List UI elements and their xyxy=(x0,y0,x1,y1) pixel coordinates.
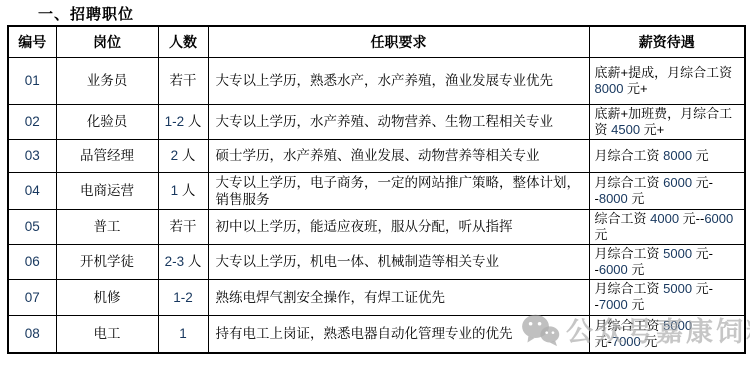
table-row: 07机修1-2熟练电焊气割安全操作，有焊工证优先月综合工资 5000 元--70… xyxy=(8,279,745,315)
table-body: 01业务员若干大专以上学历，熟悉水产，水产养殖，渔业发展专业优先底薪+提成，月综… xyxy=(8,57,745,353)
cell-cnt: 1-2 xyxy=(158,279,208,315)
cell-cnt: 2-3 人 xyxy=(158,244,208,279)
cell-req: 硕士学历，水产养殖、渔业发展、动物营养等相关专业 xyxy=(208,139,589,172)
cell-id: 04 xyxy=(8,172,56,209)
cell-sal: 底薪+加班费，月综合工资 4500 元+ xyxy=(589,104,745,139)
cell-cnt: 2 人 xyxy=(158,139,208,172)
cell-pos: 开机学徒 xyxy=(56,244,158,279)
cell-cnt: 若干 xyxy=(158,57,208,104)
cell-sal: 月综合工资 5000 元-7000 元 xyxy=(589,315,745,353)
cell-pos: 电商运营 xyxy=(56,172,158,209)
cell-cnt: 1-2 人 xyxy=(158,104,208,139)
header-row: 编号岗位人数任职要求薪资待遇 xyxy=(8,26,745,57)
table-row: 08电工1持有电工上岗证，熟悉电器自动化管理专业的优先月综合工资 5000 元-… xyxy=(8,315,745,353)
page-title: 一、招聘职位 xyxy=(38,3,134,24)
cell-req: 大专以上学历，熟悉水产，水产养殖，渔业发展专业优先 xyxy=(208,57,589,104)
column-header: 编号 xyxy=(8,26,56,57)
table-header: 编号岗位人数任职要求薪资待遇 xyxy=(8,26,745,57)
cell-sal: 月综合工资 5000 元--7000 元 xyxy=(589,279,745,315)
column-header: 岗位 xyxy=(56,26,158,57)
cell-pos: 品管经理 xyxy=(56,139,158,172)
cell-pos: 化验员 xyxy=(56,104,158,139)
cell-sal: 月综合工资 5000 元--6000 元 xyxy=(589,244,745,279)
cell-id: 02 xyxy=(8,104,56,139)
cell-req: 大专以上学历，水产养殖、动物营养、生物工程相关专业 xyxy=(208,104,589,139)
cell-id: 08 xyxy=(8,315,56,353)
table-row: 04电商运营1 人大专以上学历，电子商务，一定的网站推广策略，整体计划，销售服务… xyxy=(8,172,745,209)
cell-req: 持有电工上岗证，熟悉电器自动化管理专业的优先 xyxy=(208,315,589,353)
cell-pos: 机修 xyxy=(56,279,158,315)
cell-id: 01 xyxy=(8,57,56,104)
column-header: 任职要求 xyxy=(208,26,589,57)
cell-sal: 月综合工资 8000 元 xyxy=(589,139,745,172)
cell-req: 初中以上学历，能适应夜班，服从分配，听从指挥 xyxy=(208,209,589,244)
cell-id: 03 xyxy=(8,139,56,172)
cell-id: 07 xyxy=(8,279,56,315)
cell-req: 大专以上学历，电子商务，一定的网站推广策略，整体计划，销售服务 xyxy=(208,172,589,209)
cell-sal: 综合工资 4000 元--6000 元 xyxy=(589,209,745,244)
cell-cnt: 1 xyxy=(158,315,208,353)
cell-pos: 电工 xyxy=(56,315,158,353)
recruitment-page: 一、招聘职位 编号岗位人数任职要求薪资待遇 01业务员若干大专以上学历，熟悉水产… xyxy=(0,0,750,366)
column-header: 人数 xyxy=(158,26,208,57)
table-row: 06开机学徒2-3 人大专以上学历，机电一体、机械制造等相关专业月综合工资 50… xyxy=(8,244,745,279)
cell-pos: 普工 xyxy=(56,209,158,244)
column-header: 薪资待遇 xyxy=(589,26,745,57)
cell-sal: 月综合工资 6000 元--8000 元 xyxy=(589,172,745,209)
cell-req: 熟练电焊气割安全操作，有焊工证优先 xyxy=(208,279,589,315)
table-row: 03品管经理2 人硕士学历，水产养殖、渔业发展、动物营养等相关专业月综合工资 8… xyxy=(8,139,745,172)
cell-id: 05 xyxy=(8,209,56,244)
recruitment-table: 编号岗位人数任职要求薪资待遇 01业务员若干大专以上学历，熟悉水产，水产养殖，渔… xyxy=(7,25,746,354)
cell-cnt: 1 人 xyxy=(158,172,208,209)
cell-req: 大专以上学历，机电一体、机械制造等相关专业 xyxy=(208,244,589,279)
table-row: 05普工若干初中以上学历，能适应夜班，服从分配，听从指挥综合工资 4000 元-… xyxy=(8,209,745,244)
cell-sal: 底薪+提成，月综合工资 8000 元+ xyxy=(589,57,745,104)
cell-cnt: 若干 xyxy=(158,209,208,244)
cell-id: 06 xyxy=(8,244,56,279)
table-row: 02化验员1-2 人大专以上学历，水产养殖、动物营养、生物工程相关专业底薪+加班… xyxy=(8,104,745,139)
cell-pos: 业务员 xyxy=(56,57,158,104)
table-row: 01业务员若干大专以上学历，熟悉水产，水产养殖，渔业发展专业优先底薪+提成，月综… xyxy=(8,57,745,104)
